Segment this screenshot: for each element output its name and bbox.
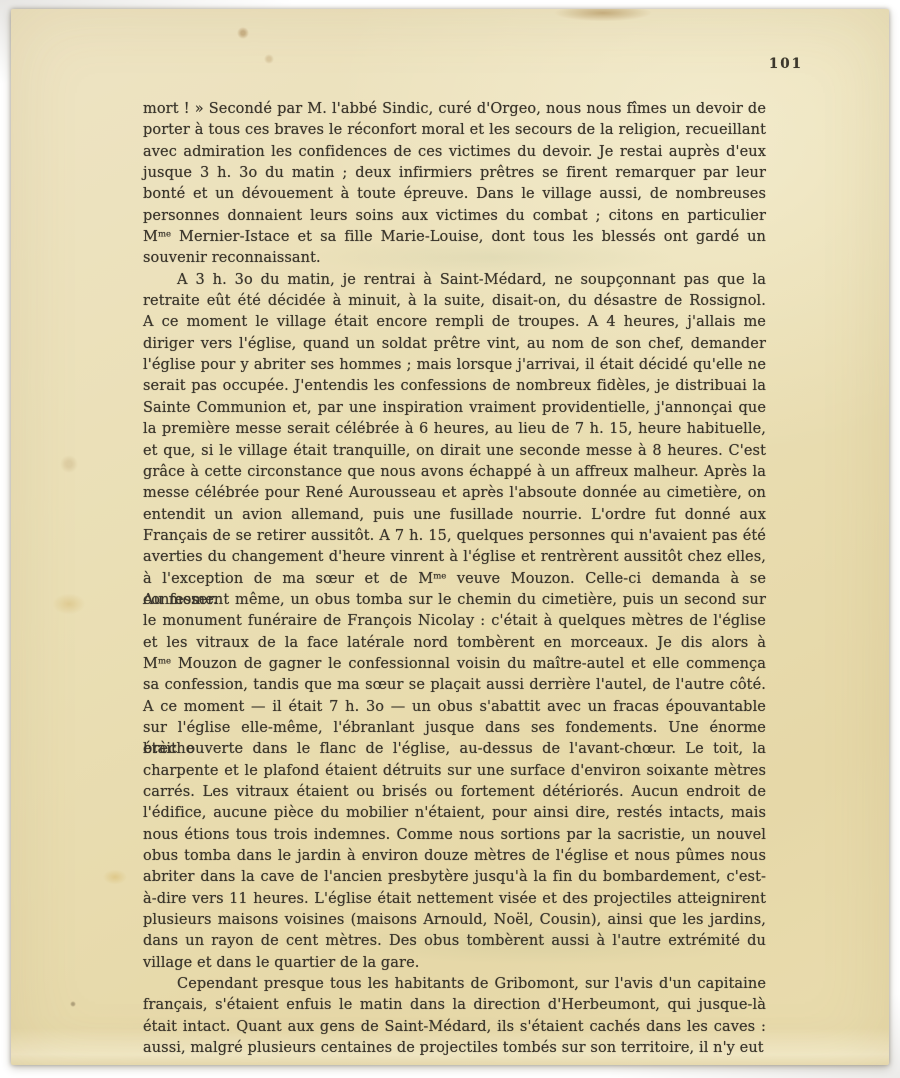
paragraph: mort ! » Secondé par M. l'abbé Sindic, c… (143, 99, 766, 270)
text-line: la première messe serait célébrée à 6 he… (143, 419, 766, 440)
page-text: mort ! » Secondé par M. l'abbé Sindic, c… (143, 99, 766, 1059)
text-line: avec admiration les confidences de ces v… (143, 142, 766, 163)
text-line: abriter dans la cave de l'ancien presbyt… (143, 867, 766, 888)
text-line: aussi, malgré plusieurs centaines de pro… (143, 1038, 766, 1059)
text-line: Au moment même, un obus tomba sur le che… (143, 590, 766, 611)
text-line: sa confession, tandis que ma sœur se pla… (143, 675, 766, 696)
text-line: dans un rayon de cent mètres. Des obus t… (143, 931, 766, 952)
text-line: entendit un avion allemand, puis une fus… (143, 505, 766, 526)
scan-frame: 101 mort ! » Secondé par M. l'abbé Sindi… (0, 0, 900, 1078)
text-line: sur l'église elle-même, l'ébranlant jusq… (143, 718, 766, 739)
text-line: A ce moment le village était encore remp… (143, 312, 766, 333)
text-line: et les vitraux de la face latérale nord … (143, 633, 766, 654)
text-line: nous étions tous trois indemnes. Comme n… (143, 825, 766, 846)
text-line: retraite eût été décidée à minuit, à la … (143, 291, 766, 312)
text-line: français, s'étaient enfuis le matin dans… (143, 995, 766, 1016)
text-line: était intact. Quant aux gens de Saint-Mé… (143, 1017, 766, 1038)
text-line: diriger vers l'église, quand un soldat p… (143, 334, 766, 355)
text-line: Mme Mernier-Istace et sa fille Marie-Lou… (143, 227, 766, 248)
text-line: souvenir reconnaissant. (143, 248, 766, 269)
text-line: à-dire vers 11 heures. L'église était ne… (143, 889, 766, 910)
superscript: me (158, 656, 171, 666)
text-line: l'édifice, aucune pièce du mobilier n'ét… (143, 803, 766, 824)
text-line: Mme Mouzon de gagner le confessionnal vo… (143, 654, 766, 675)
text-line: l'église pour y abriter ses hommes ; mai… (143, 355, 766, 376)
text-line: plusieurs maisons voisines (maisons Arno… (143, 910, 766, 931)
text-line: obus tomba dans le jardin à environ douz… (143, 846, 766, 867)
text-line: était ouverte dans le flanc de l'église,… (143, 739, 766, 760)
text-line: et que, si le village était tranquille, … (143, 441, 766, 462)
text-line: serait pas occupée. J'entendis les confe… (143, 376, 766, 397)
text-line: A ce moment — il était 7 h. 3o — un obus… (143, 697, 766, 718)
text-line: jusque 3 h. 3o du matin ; deux infirmier… (143, 163, 766, 184)
text-line: charpente et le plafond étaient détruits… (143, 761, 766, 782)
superscript: me (158, 230, 171, 240)
text-line: carrés. Les vitraux étaient ou brisés ou… (143, 782, 766, 803)
text-line: le monument funéraire de François Nicola… (143, 611, 766, 632)
superscript: me (433, 571, 446, 581)
text-line: village et dans le quartier de la gare. (143, 953, 766, 974)
text-line: personnes donnaient leurs soins aux vict… (143, 206, 766, 227)
text-line: grâce à cette circonstance que nous avon… (143, 462, 766, 483)
text-line: à l'exception de ma sœur et de Mme veuve… (143, 569, 766, 590)
text-line: messe célébrée pour René Aurousseau et a… (143, 483, 766, 504)
page-number: 101 (769, 56, 803, 72)
text-line: mort ! » Secondé par M. l'abbé Sindic, c… (143, 99, 766, 120)
paragraph: A 3 h. 3o du matin, je rentrai à Saint-M… (143, 270, 766, 974)
text-line: Cependant presque tous les habitants de … (143, 974, 766, 995)
text-line: averties du changement d'heure vinrent à… (143, 547, 766, 568)
text-line: porter à tous ces braves le réconfort mo… (143, 120, 766, 141)
text-line: bonté et un dévouement à toute épreuve. … (143, 184, 766, 205)
text-line: A 3 h. 3o du matin, je rentrai à Saint-M… (143, 270, 766, 291)
book-page: 101 mort ! » Secondé par M. l'abbé Sindi… (11, 9, 889, 1065)
text-line: Sainte Communion et, par une inspiration… (143, 398, 766, 419)
text-line: Français de se retirer aussitôt. A 7 h. … (143, 526, 766, 547)
paragraph: Cependant presque tous les habitants de … (143, 974, 766, 1059)
